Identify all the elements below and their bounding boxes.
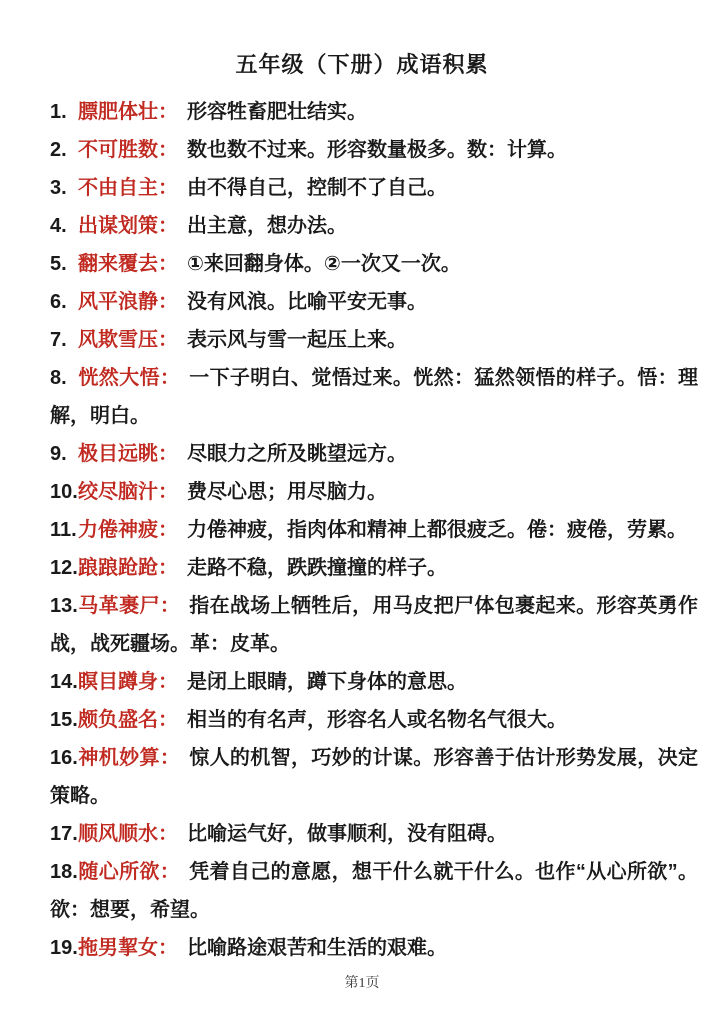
idiom-item: 15.颇负盛名：相当的有名声，形容名人或名物名气很大。 xyxy=(50,701,698,739)
idiom-item: 3.不由自主：由不得自己，控制不了自己。 xyxy=(50,169,698,207)
idiom-text: 神机妙算： xyxy=(78,747,180,769)
idiom-item: 6.风平浪静：没有风浪。比喻平安无事。 xyxy=(50,283,698,321)
idiom-item: 5.翻来覆去：①来回翻身体。②一次又一次。 xyxy=(50,245,698,283)
definition-text: 出主意，想办法。 xyxy=(187,215,347,237)
idiom-item: 10.绞尽脑汁：费尽心思；用尽脑力。 xyxy=(50,473,698,511)
item-number: 3. xyxy=(50,169,78,207)
item-number: 2. xyxy=(50,131,78,169)
idiom-text: 恍然大悟： xyxy=(78,367,180,389)
definition-text: 比喻路途艰苦和生活的艰难。 xyxy=(187,937,447,959)
idiom-text: 绞尽脑汁： xyxy=(78,481,178,503)
idiom-text: 风欺雪压： xyxy=(78,329,178,351)
worksheet-page: 五年级（下册）成语积累 1.膘肥体壮：形容牲畜肥壮结实。 2.不可胜数：数也数不… xyxy=(0,0,724,1024)
definition-text: 由不得自己，控制不了自己。 xyxy=(187,177,447,199)
idiom-item: 14.瞑目蹲身：是闭上眼睛，蹲下身体的意思。 xyxy=(50,663,698,701)
idiom-item: 2.不可胜数：数也数不过来。形容数量极多。数：计算。 xyxy=(50,131,698,169)
idiom-item: 11.力倦神疲：力倦神疲，指肉体和精神上都很疲乏。倦：疲倦，劳累。 xyxy=(50,511,698,549)
definition-text: 表示风与雪一起压上来。 xyxy=(187,329,407,351)
idiom-item: 9.极目远眺：尽眼力之所及眺望远方。 xyxy=(50,435,698,473)
item-number: 18. xyxy=(50,853,78,891)
page-number: 第1页 xyxy=(0,972,724,992)
idiom-item: 17.顺风顺水：比喻运气好，做事顺利，没有阻碍。 xyxy=(50,815,698,853)
page-title: 五年级（下册）成语积累 xyxy=(50,48,698,79)
idiom-text: 瞑目蹲身： xyxy=(78,671,178,693)
idiom-item: 16.神机妙算：惊人的机智，巧妙的计谋。形容善于估计形势发展，决定策略。 xyxy=(50,739,698,815)
item-number: 7. xyxy=(50,321,78,359)
idiom-text: 不由自主： xyxy=(78,177,178,199)
idiom-item: 13.马革裹尸：指在战场上牺牲后，用马皮把尸体包裹起来。形容英勇作战，战死疆场。… xyxy=(50,587,698,663)
item-number: 11. xyxy=(50,511,78,549)
definition-text: ①来回翻身体。②一次又一次。 xyxy=(187,253,461,275)
idiom-item: 7.风欺雪压：表示风与雪一起压上来。 xyxy=(50,321,698,359)
item-number: 12. xyxy=(50,549,78,587)
idiom-text: 膘肥体壮： xyxy=(78,101,178,123)
idiom-list: 1.膘肥体壮：形容牲畜肥壮结实。 2.不可胜数：数也数不过来。形容数量极多。数：… xyxy=(50,93,698,967)
idiom-text: 翻来覆去： xyxy=(78,253,178,275)
idiom-text: 风平浪静： xyxy=(78,291,178,313)
definition-text: 相当的有名声，形容名人或名物名气很大。 xyxy=(187,709,567,731)
item-number: 15. xyxy=(50,701,78,739)
idiom-text: 踉踉跄跄： xyxy=(78,557,178,579)
definition-text: 尽眼力之所及眺望远方。 xyxy=(187,443,407,465)
idiom-text: 颇负盛名： xyxy=(78,709,178,731)
item-number: 1. xyxy=(50,93,78,131)
definition-text: 形容牲畜肥壮结实。 xyxy=(187,101,367,123)
definition-text: 力倦神疲，指肉体和精神上都很疲乏。倦：疲倦，劳累。 xyxy=(187,519,687,541)
idiom-text: 力倦神疲： xyxy=(78,519,178,541)
idiom-text: 不可胜数： xyxy=(78,139,178,161)
item-number: 19. xyxy=(50,929,78,967)
item-number: 9. xyxy=(50,435,78,473)
item-number: 10. xyxy=(50,473,78,511)
idiom-text: 随心所欲： xyxy=(78,861,180,883)
idiom-text: 拖男挈女： xyxy=(78,937,178,959)
idiom-item: 1.膘肥体壮：形容牲畜肥壮结实。 xyxy=(50,93,698,131)
item-number: 4. xyxy=(50,207,78,245)
definition-text: 数也数不过来。形容数量极多。数：计算。 xyxy=(187,139,567,161)
definition-text: 没有风浪。比喻平安无事。 xyxy=(187,291,427,313)
item-number: 5. xyxy=(50,245,78,283)
idiom-item: 19.拖男挈女：比喻路途艰苦和生活的艰难。 xyxy=(50,929,698,967)
idiom-item: 4.出谋划策：出主意，想办法。 xyxy=(50,207,698,245)
idiom-text: 出谋划策： xyxy=(78,215,178,237)
item-number: 8. xyxy=(50,359,78,397)
definition-text: 费尽心思；用尽脑力。 xyxy=(187,481,387,503)
idiom-item: 8.恍然大悟：一下子明白、觉悟过来。恍然：猛然领悟的样子。悟：理解，明白。 xyxy=(50,359,698,435)
idiom-item: 18.随心所欲：凭着自己的意愿，想干什么就干什么。也作“从心所欲”。欲：想要，希… xyxy=(50,853,698,929)
item-number: 17. xyxy=(50,815,78,853)
idiom-item: 12.踉踉跄跄：走路不稳，跌跌撞撞的样子。 xyxy=(50,549,698,587)
item-number: 6. xyxy=(50,283,78,321)
idiom-text: 马革裹尸： xyxy=(78,595,180,617)
idiom-text: 极目远眺： xyxy=(78,443,178,465)
definition-text: 比喻运气好，做事顺利，没有阻碍。 xyxy=(187,823,507,845)
idiom-text: 顺风顺水： xyxy=(78,823,178,845)
item-number: 16. xyxy=(50,739,78,777)
item-number: 14. xyxy=(50,663,78,701)
definition-text: 走路不稳，跌跌撞撞的样子。 xyxy=(187,557,447,579)
item-number: 13. xyxy=(50,587,78,625)
definition-text: 是闭上眼睛，蹲下身体的意思。 xyxy=(187,671,467,693)
